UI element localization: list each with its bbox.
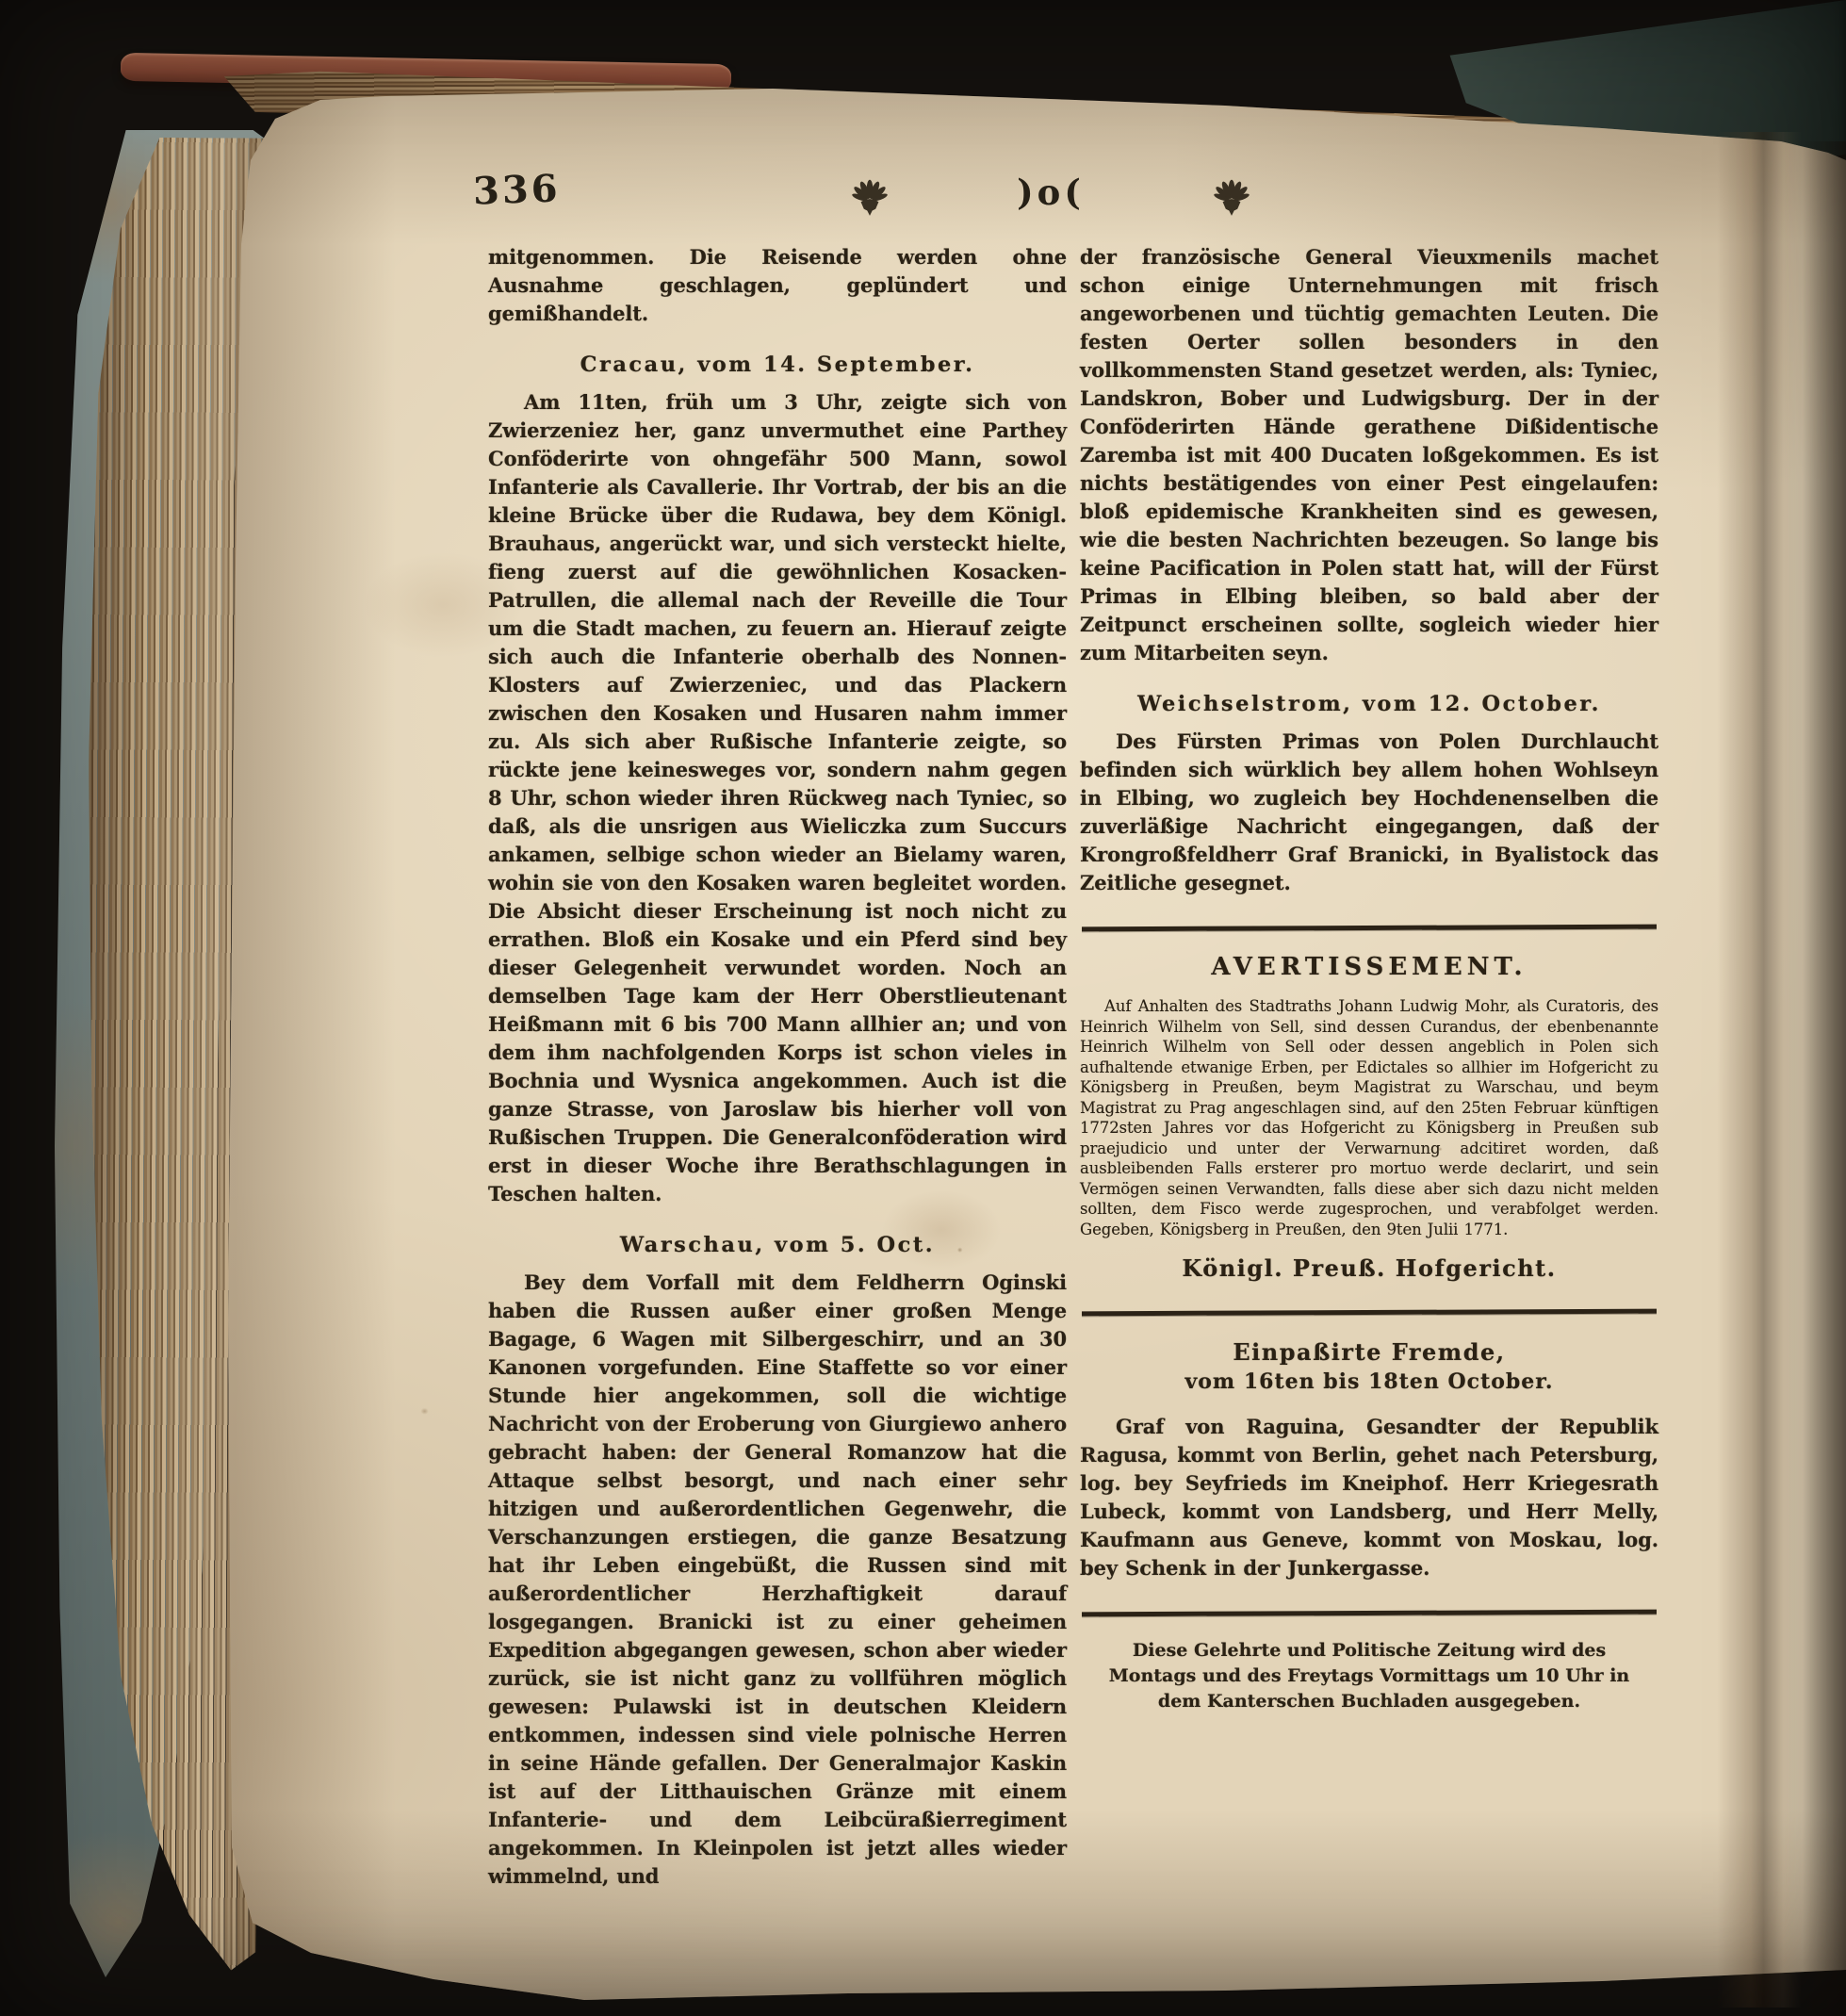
article-heading-cracau: Cracau, vom 14. September. (488, 351, 1067, 379)
colophon-notice: Diese Gelehrte und Politische Zeitung wi… (1103, 1638, 1636, 1714)
page-number: 336 (472, 166, 561, 213)
book-photo: 336 )o( (0, 0, 1846, 2016)
shell-ornament-icon (1210, 176, 1253, 216)
page-content: 336 )o( (0, 0, 1846, 2016)
header-ornament-row: )o( (848, 175, 1253, 217)
article-heading-warschau: Warschau, vom 5. Oct. (488, 1231, 1067, 1259)
avertissement-signature: Königl. Preuß. Hofgericht. (1080, 1254, 1658, 1282)
fremde-heading-line1: Einpaßirte Fremde, (1080, 1337, 1658, 1368)
article-body-weichselstrom: Des Fürsten Primas von Polen Durchlaucht… (1080, 728, 1658, 897)
section-rule (1082, 1309, 1657, 1317)
fremde-body: Graf von Raguina, Gesandter der Republik… (1080, 1413, 1658, 1582)
article-body-cracau: Am 11ten, früh um 3 Uhr, zeigte sich von… (488, 388, 1067, 1208)
fremde-heading-line2: vom 16ten bis 18ten October. (1080, 1368, 1658, 1396)
avertissement-body: Auf Anhalten des Stadtraths Johann Ludwi… (1080, 996, 1658, 1239)
article-heading-weichselstrom: Weichselstrom, vom 12. October. (1080, 690, 1658, 718)
avertissement-heading: AVERTISSEMENT. (1080, 953, 1658, 981)
header-mark: )o( (1017, 172, 1085, 213)
shell-ornament-icon (848, 176, 891, 216)
article-body-warschau: Bey dem Vorfall mit dem Feldherrn Oginsk… (488, 1269, 1067, 1891)
section-rule (1082, 925, 1657, 932)
section-rule (1082, 1610, 1657, 1617)
left-column: mitgenommen. Die Reisende werden ohne Au… (488, 243, 1067, 1891)
continuation-paragraph: der französische General Vieuxmenils mac… (1080, 243, 1658, 667)
carried-over-paragraph: mitgenommen. Die Reisende werden ohne Au… (488, 243, 1067, 328)
right-column: der französische General Vieuxmenils mac… (1080, 243, 1658, 1714)
fremde-heading: Einpaßirte Fremde, vom 16ten bis 18ten O… (1080, 1337, 1658, 1396)
